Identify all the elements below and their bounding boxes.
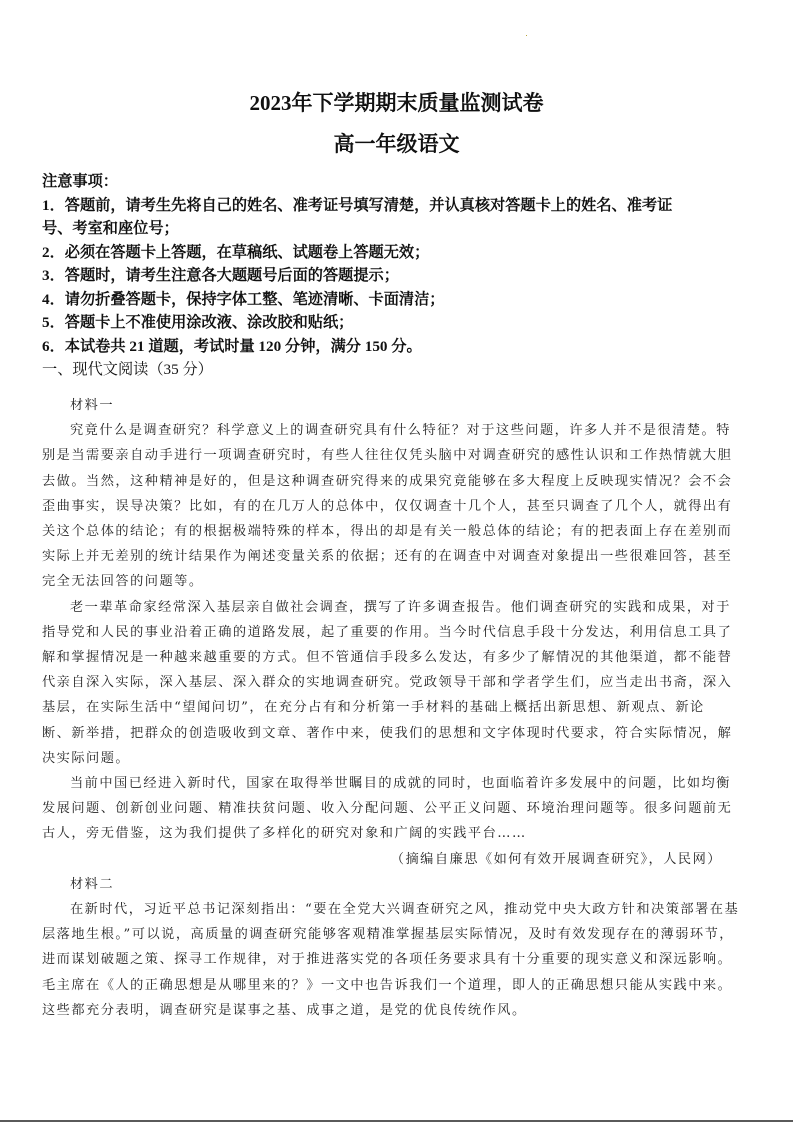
passage-line: 老一辈革命家经常深入基层亲自做社会调查，撰写了许多调查报告。他们调查研究的实践和… xyxy=(42,595,722,620)
material-one-label: 材料一 xyxy=(42,393,722,418)
passage-line: 决实际问题。 xyxy=(42,746,722,771)
passage-line: 解和掌握情况是一种越来越重要的方式。但不管通信手段多么发达，有多少了解情况的其他… xyxy=(42,645,722,670)
passage-line: 代亲自深入实际，深入基层、深入群众的实地调查研究。党政领导干部和学者学生们，应当… xyxy=(42,670,722,695)
section-heading: 一、现代文阅读（35 分） xyxy=(42,358,762,382)
passage-line: 在新时代，习近平总书记深刻指出：“要在全党大兴调查研究之风，推动党中央大政方针和… xyxy=(42,897,722,922)
passage-line: 古人，旁无借鉴，这为我们提供了多样化的研究对象和广阔的实践平台…… xyxy=(42,821,722,846)
passage-line: 基层，在实际生活中“望闻问切”，在充分占有和分析第一手材料的基础上概括出新思想、… xyxy=(42,695,722,720)
passage-line: 这些都充分表明，调查研究是谋事之基、成事之道，是党的优良传统作风。 xyxy=(42,998,722,1023)
passage-line: 完全无法回答的问题等。 xyxy=(42,569,722,594)
passage-line: 层落地生根。”可以说，高质量的调查研究能够客观精准掌握基层实际情况，及时有效发现… xyxy=(42,922,722,947)
passage-line: 指导党和人民的事业沿着正确的道路发展，起了重要的作用。当今时代信息手段十分发达，… xyxy=(42,620,722,645)
passage-line: 歪曲事实，误导决策？比如，有的在几万人的总体中，仅仅调查十几个人，甚至只调查了几… xyxy=(42,494,722,519)
passage-line: 断、新举措，把群众的创造吸收到文章、著作中来，使我们的思想和文字体现时代要求，符… xyxy=(42,721,722,746)
notice-item: 4．请勿折叠答题卡，保持字体工整、笔迹清晰、卡面清洁； xyxy=(42,288,762,312)
passage-line: 当前中国已经进入新时代，国家在取得举世瞩目的成就的同时，也面临着许多发展中的问题… xyxy=(42,771,722,796)
passage-line: 别是当需要亲自动手进行一项调查研究时，有些人往往仅凭头脑中对调查研究的感性认识和… xyxy=(42,443,722,468)
passage-line: 毛主席在《人的正确思想是从哪里来的？》一文中也告诉我们一个道理，即人的正确思想只… xyxy=(42,973,722,998)
passage-line: 实际上并无差别的统计结果作为阐述变量关系的依据；还有的在调查中对调查对象提出一些… xyxy=(42,544,722,569)
passage-line: 去做。当然，这种精神是好的，但是这种调查研究得来的成果究竟能够在多大程度上反映现… xyxy=(42,469,722,494)
material-two-label: 材料二 xyxy=(42,872,722,897)
passage-line: 进而谋划破题之策、探寻工作规律，对于推进落实党的各项任务要求具有十分重要的现实意… xyxy=(42,947,722,972)
exam-title: 2023年下学期期末质量监测试卷 xyxy=(0,90,793,116)
notice-item: 2．必须在答题卡上答题，在草稿纸、试题卷上答题无效； xyxy=(42,241,762,265)
material-one-source: （摘编自廉思《如何有效开展调查研究》，人民网） xyxy=(42,847,722,872)
reading-passage: 材料一 究竟什么是调查研究？科学意义上的调查研究具有什么特征？对于这些问题，许多… xyxy=(42,393,722,1023)
passage-line: 究竟什么是调查研究？科学意义上的调查研究具有什么特征？对于这些问题，许多人并不是… xyxy=(42,418,722,443)
notice-item: 号、考室和座位号； xyxy=(42,217,762,241)
notice-item: 1．答题前，请考生先将自己的姓名、准考证号填写清楚，并认真核对答题卡上的姓名、准… xyxy=(42,194,762,218)
notice-section: 注意事项： 1．答题前，请考生先将自己的姓名、准考证号填写清楚，并认真核对答题卡… xyxy=(42,170,762,382)
notice-item: 3．答题时，请考生注意各大题题号后面的答题提示； xyxy=(42,264,762,288)
notice-item: 5．答题卡上不准使用涂改液、涂改胶和贴纸； xyxy=(42,311,762,335)
notice-item: 6．本试卷共 21 道题，考试时量 120 分钟，满分 150 分。 xyxy=(42,335,762,359)
notice-heading: 注意事项： xyxy=(42,170,762,194)
exam-subtitle: 高一年级语文 xyxy=(0,131,793,157)
passage-line: 关这个总体的结论；有的根据极端特殊的样本，得出的却是有关一般总体的结论；有的把表… xyxy=(42,519,722,544)
passage-line: 发展问题、创新创业问题、精准扶贫问题、收入分配问题、公平正义问题、环境治理问题等… xyxy=(42,796,722,821)
exam-page: 2023年下学期期末质量监测试卷 高一年级语文 注意事项： 1．答题前，请考生先… xyxy=(0,0,793,1122)
decorative-dot xyxy=(526,35,527,36)
